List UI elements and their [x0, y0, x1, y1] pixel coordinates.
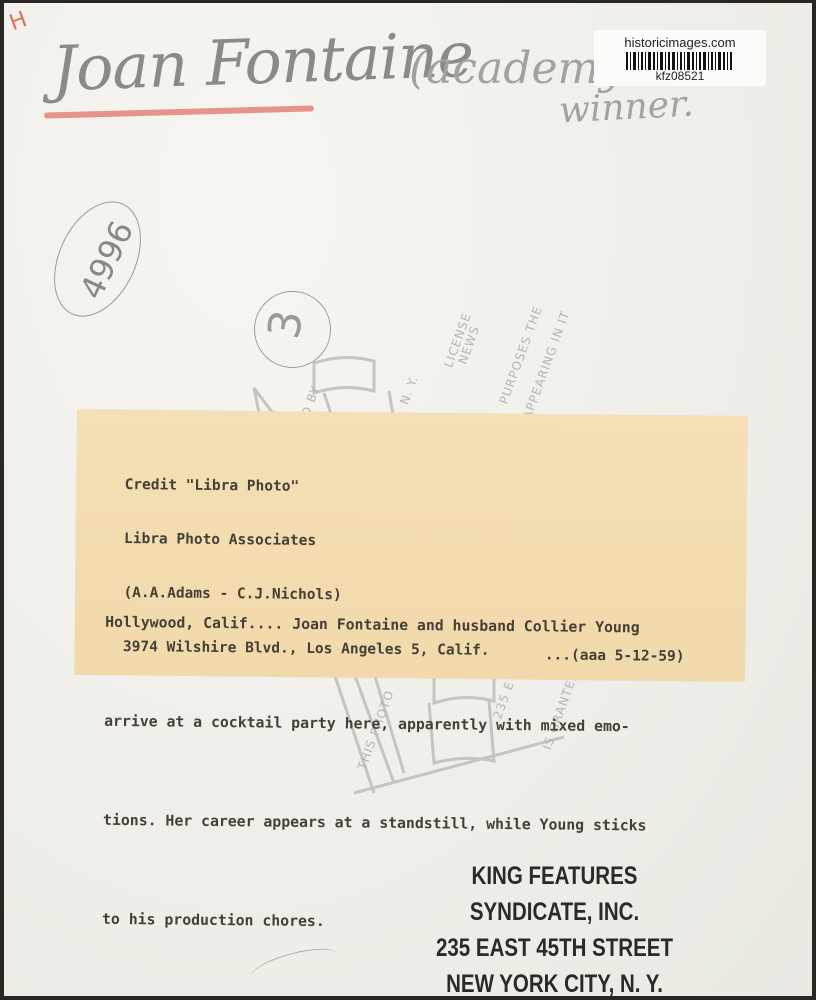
- handwritten-note-line2: winner.: [558, 84, 695, 132]
- caption-line: tions. Her career appears at a standstil…: [103, 804, 647, 843]
- barcode-icon: [606, 52, 754, 70]
- caption-line: Hollywood, Calif.... Joan Fontaine and h…: [105, 606, 649, 645]
- syndicate-street: 235 EAST 45TH STREET: [417, 930, 692, 966]
- syndicate-stamp: KING FEATURES SYNDICATE, INC. 235 EAST 4…: [417, 858, 692, 1000]
- credit-line: Credit "Libra Photo": [125, 476, 492, 498]
- syndicate-name: KING FEATURES SYNDICATE, INC.: [417, 858, 692, 930]
- syndicate-city: NEW YORK CITY, N. Y.: [417, 966, 692, 1000]
- red-underline: [44, 105, 314, 118]
- barcode-site: historicimages.com: [594, 35, 766, 50]
- barcode-label: historicimages.com kfz08521: [594, 30, 766, 86]
- barcode-id: kfz08521: [594, 70, 766, 83]
- typed-caption-clipping: Credit "Libra Photo" Libra Photo Associa…: [75, 409, 748, 681]
- caption-line: arrive at a cocktail party here, apparen…: [104, 705, 648, 744]
- photo-back-paper: H Joan Fontaine (academy - winner. histo…: [4, 3, 812, 996]
- red-pencil-mark: H: [6, 7, 30, 36]
- caption-signoff: ...(aaa 5-12-59): [545, 646, 685, 665]
